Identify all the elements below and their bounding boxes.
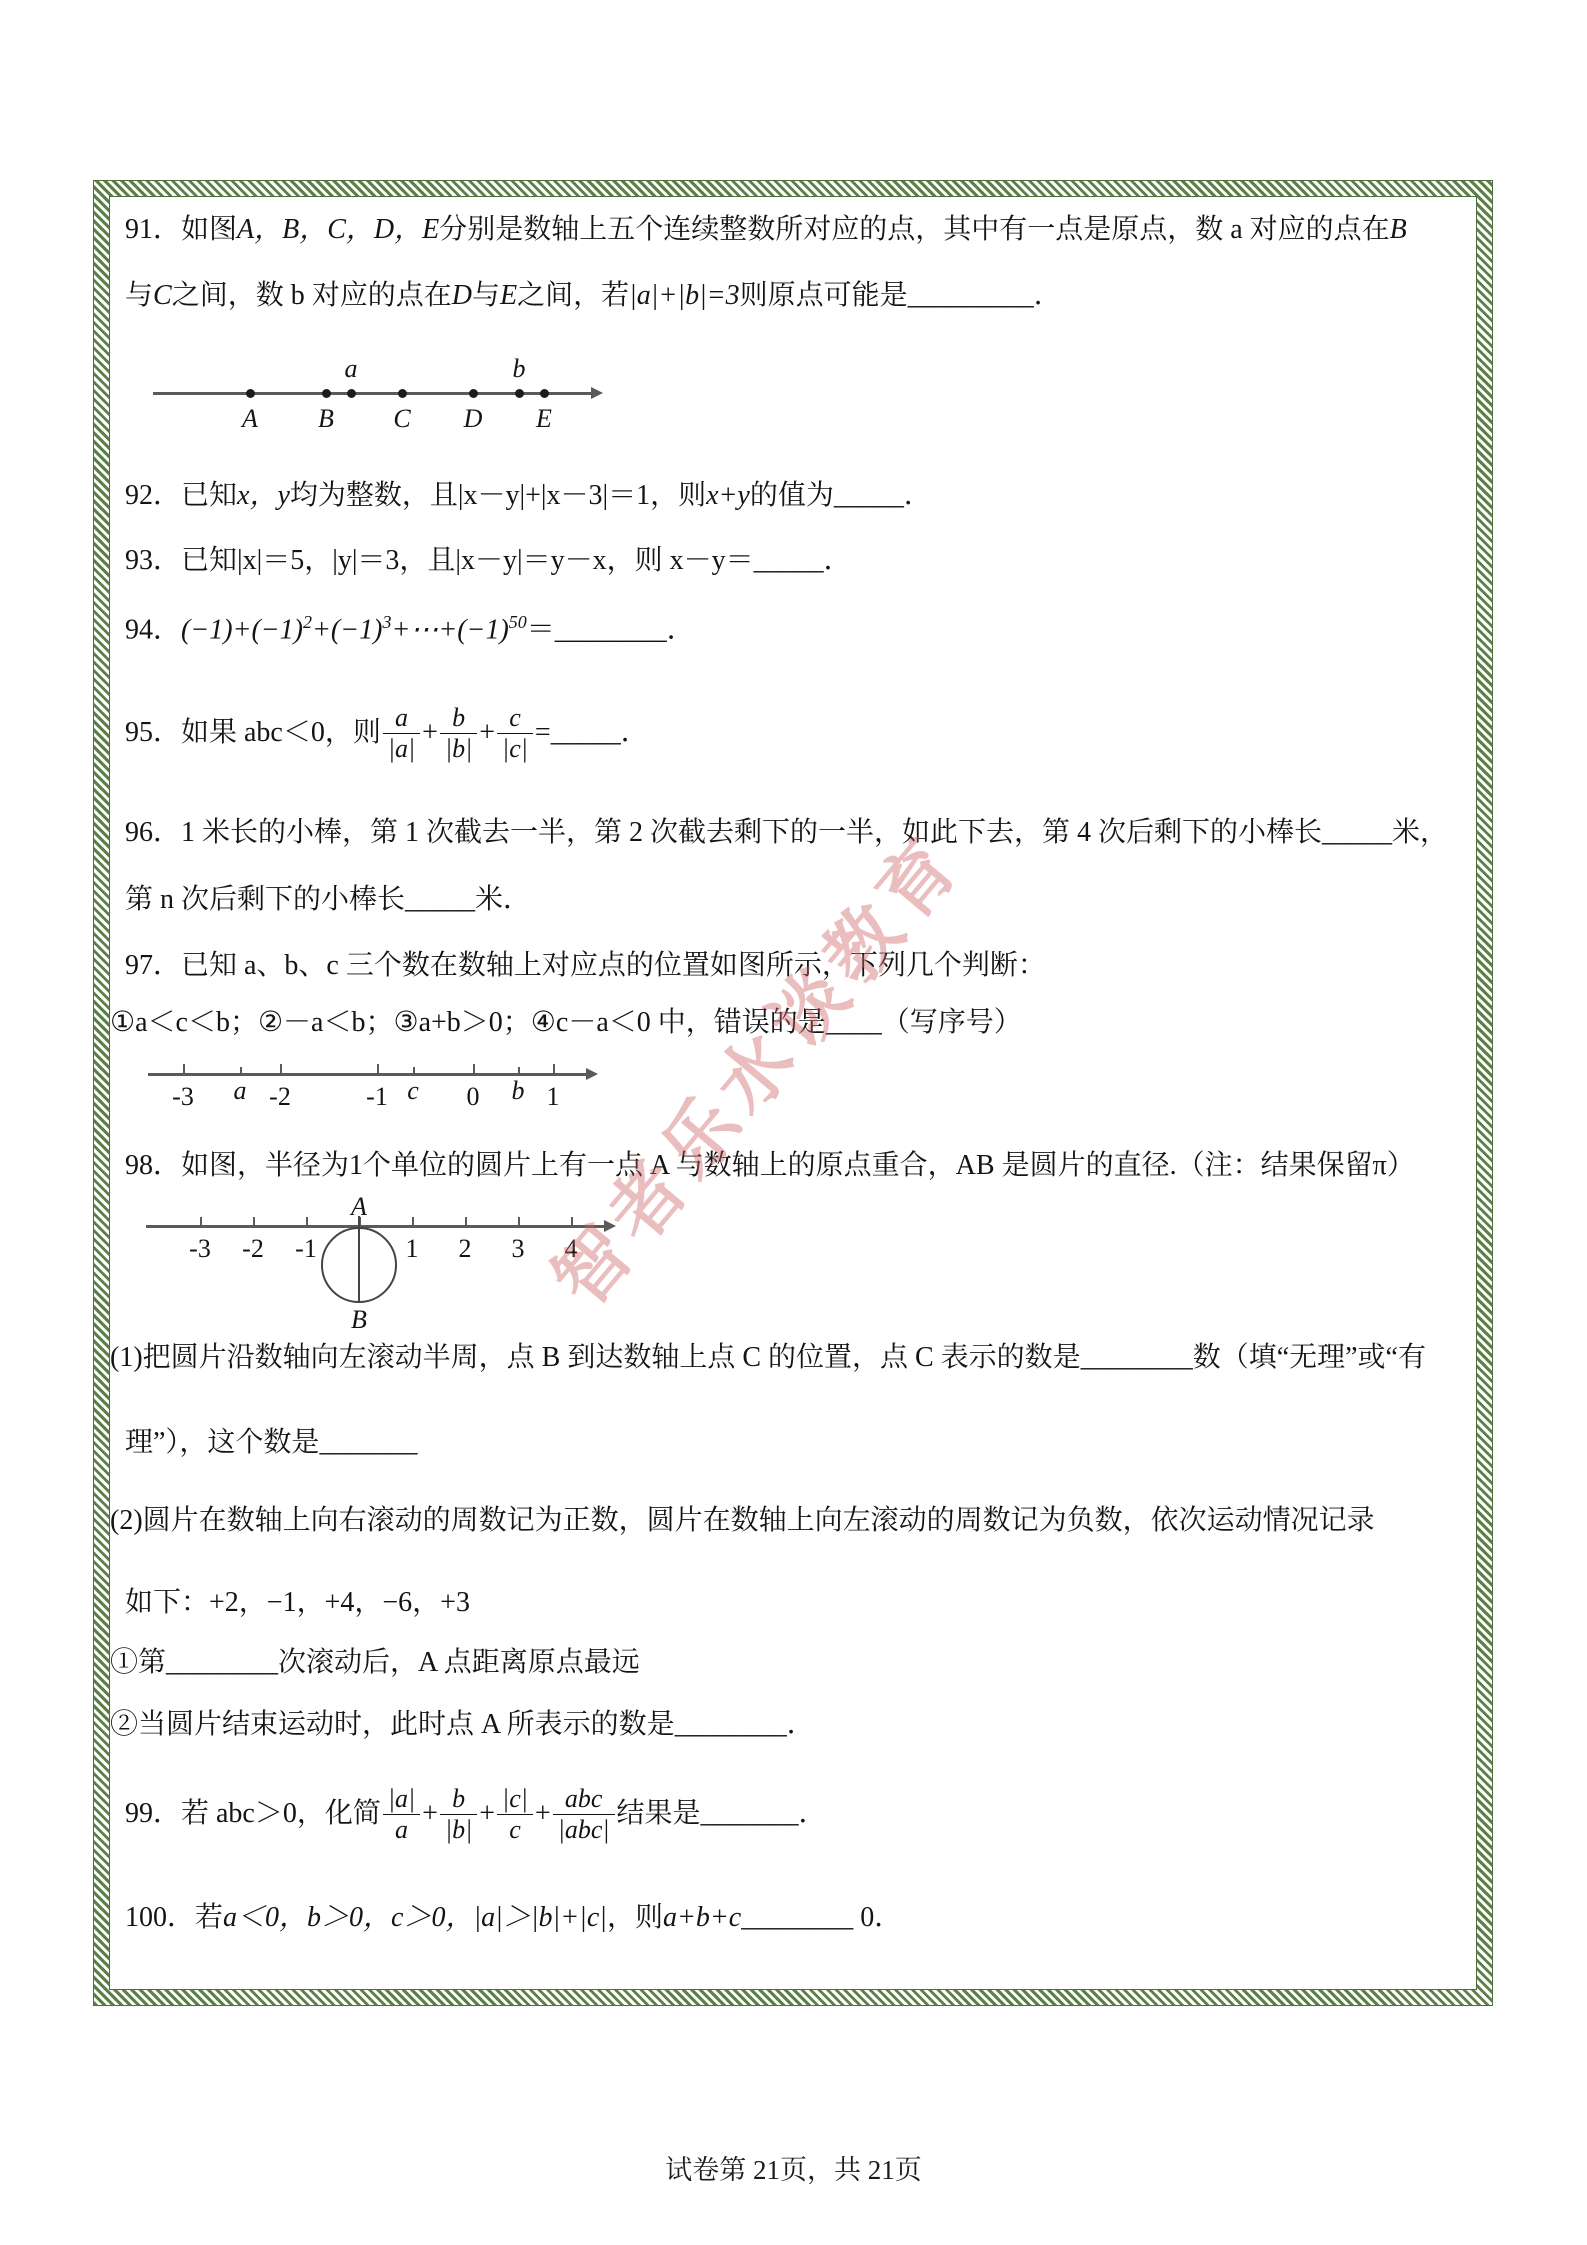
answer-blank: _____ <box>834 480 904 511</box>
tick-label: a <box>234 1076 247 1106</box>
tick-label: 1 <box>547 1082 560 1112</box>
point-label-b: b <box>513 354 526 384</box>
tick-label: 3 <box>512 1234 525 1264</box>
question-98-part1-line-2: 理”），这个数是_______ <box>125 1425 417 1461</box>
point-dot <box>398 389 407 398</box>
tick-label: 2 <box>459 1234 472 1264</box>
answer-blank: _______ <box>701 1796 799 1832</box>
fraction: abc|abc| <box>553 1784 615 1845</box>
answer-blank: ________ <box>741 1902 853 1933</box>
answer-blank: _____ <box>551 715 621 751</box>
point-dot <box>469 389 478 398</box>
question-92: 92．已知x，y均为整数，且|x－y|+|x－3|＝1，则x+y的值为_____… <box>125 478 932 514</box>
question-98-part2-line-1: (2)圆片在数轴上向右滚动的周数记为正数，圆片在数轴上向左滚动的周数记为负数，依… <box>110 1503 1375 1539</box>
answer-blank: ________ <box>555 614 667 645</box>
answer-blank: ________ <box>1081 1342 1193 1373</box>
question-94: 94．(−1)+(−1)2+(−1)3+⋯+(−1)50＝________． <box>125 604 695 648</box>
question-98-header: 98．如图，半径为1个单位的圆片上有一点 A 与数轴上的原点重合，AB 是圆片的… <box>125 1148 1415 1184</box>
answer-blank: _______ <box>319 1427 417 1458</box>
tick-label: -1 <box>295 1234 317 1264</box>
axis-line <box>153 392 593 395</box>
page-footer: 试卷第 21页，共 21页 <box>0 2148 1587 2187</box>
question-98-part1-line-1: (1)把圆片沿数轴向左滚动半周，点 B 到达数轴上点 C 的位置，点 C 表示的… <box>110 1340 1426 1376</box>
question-100: 100．若a＜0，b＞0，c＞0，|a|＞|b|+|c|，则a+b+c_____… <box>125 1900 902 1936</box>
point-dot <box>322 389 331 398</box>
question-98-sub1: ①第________次滚动后，A 点距离原点最远 <box>110 1645 640 1681</box>
point-dot <box>347 389 356 398</box>
tick-label: 0 <box>467 1082 480 1112</box>
point-label-B: B <box>318 404 334 434</box>
point-label-E: E <box>536 404 552 434</box>
question-97-line-1: 97．已知 a、b、c 三个数在数轴上对应点的位置如图所示，下列几个判断： <box>125 948 1046 984</box>
fraction: a|a| <box>383 703 420 764</box>
point-dot <box>540 389 549 398</box>
answer-blank: _____ <box>405 884 475 915</box>
answer-blank: _____ <box>754 545 824 576</box>
point-label-B: B <box>351 1305 367 1335</box>
tick-label: -3 <box>189 1234 211 1264</box>
point-dot <box>515 389 524 398</box>
tick-label: -2 <box>269 1082 291 1112</box>
tick-label: 4 <box>565 1234 578 1264</box>
answer-blank: _____ <box>1322 817 1392 848</box>
fraction: |a|a <box>383 1784 420 1845</box>
tick-label: b <box>512 1076 525 1106</box>
point-label-A: A <box>242 404 258 434</box>
question-99: 99．若 abc＞0，化简 |a|a + b|b| + |c|c + abc|a… <box>125 1768 827 1860</box>
point-label-a: a <box>345 354 358 384</box>
axis-arrow-icon <box>604 1220 616 1232</box>
fraction: |c|c <box>497 1784 533 1845</box>
tick-label: -3 <box>172 1082 194 1112</box>
fraction: b|b| <box>440 703 477 764</box>
question-91-line-2: 与C之间，数 b 对应的点在D与E之间，若|a|+|b|=3则原点可能是____… <box>125 278 1062 314</box>
question-96-line-1: 96．1 米长的小棒，第 1 次截去一半，第 2 次截去剩下的一半，如此下去，第… <box>125 815 1448 851</box>
answer-blank: ________ <box>166 1647 278 1678</box>
number-line-diagram-q91: a b A B C D E <box>135 348 625 443</box>
answer-blank: ____ <box>826 1007 882 1038</box>
question-93: 93．已知|x|＝5，|y|＝3，且|x－y|＝y－x，则 x－y＝_____． <box>125 543 852 579</box>
number-line-diagram-q97: -3 a -2 -1 c 0 b 1 <box>140 1042 620 1122</box>
answer-blank: ________ <box>675 1709 787 1740</box>
exam-paper-page: 智者乐水谈教育 91．如图A，B，C，D，E分别是数轴上五个连续整数所对应的点，… <box>0 0 1587 2245</box>
question-91-line-1: 91．如图A，B，C，D，E分别是数轴上五个连续整数所对应的点，其中有一点是原点… <box>125 212 1407 248</box>
tick-label: -1 <box>366 1082 388 1112</box>
tick-label: 1 <box>406 1234 419 1264</box>
axis-arrow-icon <box>591 387 603 399</box>
answer-blank: _________ <box>908 280 1034 311</box>
point-label-C: C <box>393 404 410 434</box>
diameter-line <box>358 1216 360 1303</box>
question-98-part2-line-2: 如下：+2，−1，+4，−6，+3 <box>125 1585 470 1621</box>
point-label-D: D <box>464 404 483 434</box>
point-dot <box>246 389 255 398</box>
tick-label: c <box>407 1076 419 1106</box>
fraction: b|b| <box>440 1784 477 1845</box>
tick-label: -2 <box>242 1234 264 1264</box>
question-98-sub2: ②当圆片结束运动时，此时点 A 所表示的数是________． <box>110 1707 815 1743</box>
question-97-options: ①a＜c＜b；②－a＜b；③a+b＞0；④c－a＜0 中，错误的是____（写序… <box>110 1005 1022 1041</box>
axis-line <box>146 1225 606 1228</box>
question-96-line-2: 第 n 次后剩下的小棒长_____米． <box>125 882 531 918</box>
question-95: 95．如果 abc＜0，则 a|a| + b|b| + c|c| = _____… <box>125 690 649 776</box>
circle-number-line-diagram-q98: A -3 -2 -1 1 2 3 4 B <box>140 1192 640 1342</box>
fraction: c|c| <box>497 703 533 764</box>
axis-arrow-icon <box>586 1068 598 1080</box>
